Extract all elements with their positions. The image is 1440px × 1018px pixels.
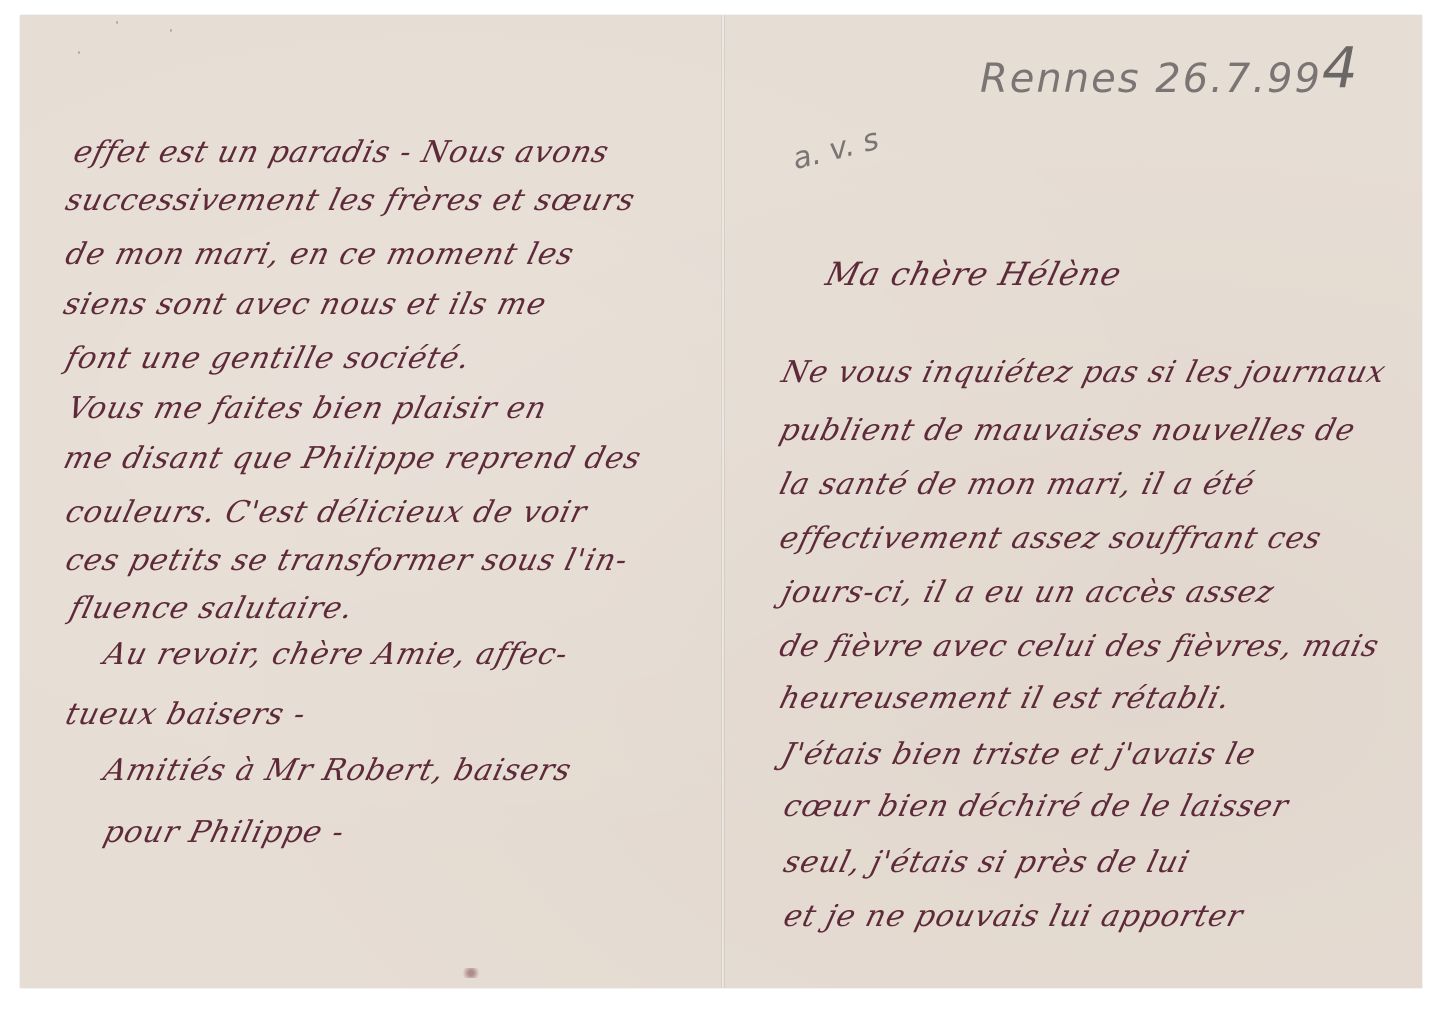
letter-line: siens sont avec nous et ils me xyxy=(60,287,550,322)
letter-line: Vous me faites bien plaisir en xyxy=(64,391,551,426)
letter-line: Ne vous inquiétez pas si les journaux xyxy=(778,355,1390,390)
ink-stamp-mark xyxy=(460,968,482,978)
letter-line: Amitiés à Mr Robert, baisers xyxy=(100,753,575,788)
paper-speck xyxy=(78,51,80,54)
left-page: effet est un paradis - Nous avons succes… xyxy=(20,15,720,988)
letter-line: Au revoir, chère Amie, affec- xyxy=(100,637,572,672)
letter-line: J'étais bien triste et j'avais le xyxy=(778,737,1260,772)
letter-line: de fièvre avec celui des fièvres, mais xyxy=(776,629,1383,664)
letter-line: successivement les frères et sœurs xyxy=(62,183,639,218)
letter-line: me disant que Philippe reprend des xyxy=(60,441,645,476)
letter-line: couleurs. C'est délicieux de voir xyxy=(62,495,591,530)
center-fold xyxy=(721,15,725,988)
letter-line: et je ne pouvais lui apporter xyxy=(780,899,1247,934)
letter-line: de mon mari, en ce moment les xyxy=(62,237,578,272)
letter-line: tueux baisers - xyxy=(62,697,310,732)
paper-speck xyxy=(116,21,118,24)
letter-line: publient de mauvaises nouvelles de xyxy=(776,413,1359,448)
letter-line: seul, j'étais si près de lui xyxy=(780,845,1193,880)
letter-line: cœur bien déchiré de le laisser xyxy=(780,789,1292,824)
letter-line: la santé de mon mari, il a été xyxy=(776,467,1259,502)
letter-line: font une gentille société. xyxy=(62,341,474,376)
salutation: Ma chère Hélène xyxy=(822,255,1126,293)
letter-line: fluence salutaire. xyxy=(66,591,357,626)
letter-line: ces petits se transformer sous l'in- xyxy=(62,543,632,578)
page-number: 4 xyxy=(1322,36,1358,101)
letter-sheet: effet est un paradis - Nous avons succes… xyxy=(20,15,1422,988)
pencil-date-note: Rennes 26.7.99 xyxy=(980,56,1322,102)
letter-line: pour Philippe - xyxy=(100,815,348,850)
letter-line: heureusement il est rétabli. xyxy=(776,681,1234,716)
paper-speck xyxy=(170,29,172,32)
letter-line: effet est un paradis - Nous avons xyxy=(70,135,613,170)
letter-line: jours-ci, il a eu un accès assez xyxy=(778,575,1278,610)
letter-line: effectivement assez souffrant ces xyxy=(776,521,1326,556)
